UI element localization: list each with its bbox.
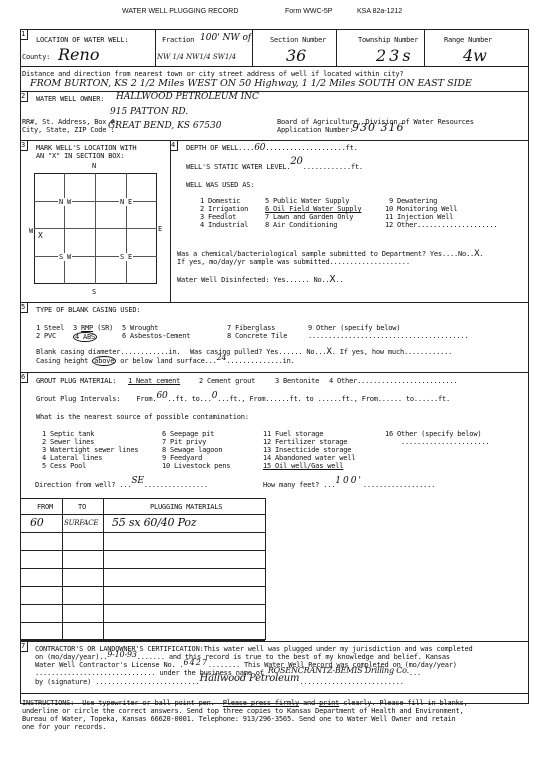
table-cell-to[interactable]: SURFACE: [64, 518, 98, 528]
form-number: Form WWC-5P: [285, 8, 332, 15]
contamination-source-option[interactable]: 2 Sewer lines: [42, 438, 94, 446]
table-cell-from[interactable]: 60: [30, 516, 44, 529]
sample-date-field[interactable]: If yes, mo/day/yr sample was submitted..…: [177, 258, 410, 266]
disinfected-tail: ..: [335, 276, 343, 284]
well-use-option[interactable]: 5 Public Water Supply: [265, 197, 349, 205]
well-location-mark: X: [38, 232, 43, 240]
casing-height-field: Casing height above or below land surfac…: [36, 357, 295, 365]
feet-label: How many feet? ...: [263, 481, 335, 489]
fraction-label: Fraction: [162, 36, 194, 44]
depth-unit: ....................ft.: [265, 144, 357, 152]
other-source-field[interactable]: ......................: [401, 438, 489, 446]
map-west: W: [29, 227, 33, 235]
grout-material-option[interactable]: 3 Bentonite: [275, 377, 319, 385]
contamination-source-option[interactable]: 14 Abandoned water well: [263, 454, 355, 462]
instructions-label: INSTRUCTIONS:: [22, 699, 74, 707]
address-value[interactable]: 915 PATTON RD.: [110, 107, 188, 117]
contamination-source-option[interactable]: 9 Feedyard: [162, 454, 202, 462]
section-number: 6: [20, 372, 28, 383]
city-value[interactable]: GREAT BEND, KS 67530: [108, 121, 221, 131]
city-label: City, State, ZIP Code :: [22, 126, 114, 134]
casing-label: TYPE OF BLANK CASING USED:: [36, 306, 140, 314]
contamination-label: What is the nearest source of possible c…: [36, 413, 249, 421]
contamination-source-option[interactable]: 5 Cess Pool: [42, 462, 86, 470]
depth-field[interactable]: DEPTH OF WELL....60....................f…: [186, 144, 358, 152]
section-number: 2: [20, 91, 28, 102]
well-use-option[interactable]: 8 Air Conditioning: [265, 221, 337, 229]
casing-pulled-field: Was casing pulled? Yes...... No...X. If …: [190, 348, 452, 356]
used-as-label: WELL WAS USED AS:: [186, 181, 254, 189]
section-number-value[interactable]: 36: [286, 46, 306, 65]
contamination-source-option[interactable]: 13 Insecticide storage: [263, 446, 351, 454]
map-nw: N W: [58, 198, 72, 206]
disinfected-label: Water Well Disinfected: Yes...... No..: [177, 276, 330, 284]
instructions-text: and: [303, 699, 315, 707]
table-cell-materials[interactable]: 55 sx 60/40 Poz: [112, 516, 196, 529]
grout-intervals: Grout Plug Intervals: From.60..ft. to...…: [36, 395, 450, 403]
address-label: RR#, St. Address, Box #:: [22, 118, 118, 126]
map-ne: N E: [119, 198, 133, 206]
section-number: 3: [20, 140, 28, 151]
interval-remaining: ...ft., From......ft. to ......ft., From…: [217, 395, 450, 403]
table-header-from: FROM: [37, 503, 53, 511]
casing-type-option[interactable]: 6 Asbestos-Cement: [122, 332, 190, 340]
township-label: Township Number: [358, 36, 418, 44]
fraction-note[interactable]: 100' NW of: [200, 33, 251, 43]
direction-label: Direction from well? ...: [35, 481, 131, 489]
contamination-source-option[interactable]: 16 Other (specify below): [385, 430, 481, 438]
well-use-option[interactable]: 6 Oil Field Water Supply: [265, 205, 361, 213]
casing-height-value[interactable]: 24: [217, 353, 227, 362]
section-number-label: Section Number: [270, 36, 326, 44]
contamination-source-option[interactable]: 10 Livestock pens: [162, 462, 230, 470]
owner-label: WATER WELL OWNER:: [36, 95, 104, 103]
well-use-option[interactable]: 12 Other....................: [385, 221, 497, 229]
owner-value[interactable]: HALLWOOD PETROLEUM INC: [116, 92, 259, 102]
interval-to-value[interactable]: 0: [212, 391, 218, 401]
license-number[interactable]: 6427: [184, 658, 208, 667]
casing-pulled-question: Was casing pulled? Yes...... No...: [190, 348, 327, 356]
well-use-option[interactable]: 11 Injection Well: [385, 213, 453, 221]
static-level-value: 20: [290, 156, 302, 167]
contamination-source-option[interactable]: 12 Fertilizer storage: [263, 438, 347, 446]
grout-material-option[interactable]: 1 Neat cement: [128, 377, 180, 385]
table-header-to: TO: [78, 503, 86, 511]
contamination-source-option[interactable]: 15 Oil well/Gas well: [263, 462, 343, 470]
signature[interactable]: Hallwood Petroleum: [200, 673, 300, 684]
other-casing-field[interactable]: ........................................: [308, 332, 469, 340]
range-label: Range Number: [444, 36, 492, 44]
casing-type-option[interactable]: 7 Fiberglass: [227, 324, 275, 332]
sample-question-text: Was a chemical/bacteriological sample su…: [177, 250, 474, 258]
direction-value[interactable]: SE: [131, 476, 143, 486]
feet-value[interactable]: 100': [335, 476, 363, 486]
certification-line5: by (signature) .........................…: [35, 678, 404, 686]
depth-label: DEPTH OF WELL....: [186, 144, 254, 152]
map-east: E: [158, 225, 162, 233]
casing-pulled-tail: . If yes, how much............: [332, 348, 452, 356]
depth-value: 60: [254, 143, 265, 153]
county-label: County:: [22, 53, 50, 61]
casing-type-option[interactable]: 1 Steel: [36, 324, 64, 332]
casing-type-option[interactable]: 5 Wrought: [122, 324, 158, 332]
section-number: 1: [20, 29, 28, 40]
township-value[interactable]: 23s: [376, 46, 414, 65]
casing-height-label: Casing height: [36, 357, 88, 365]
casing-height-mid: or below land surface...: [120, 357, 216, 365]
static-level-unit: ............ft.: [303, 163, 363, 171]
application-label: Application Number:: [277, 126, 353, 134]
instructions-emphasis: Please press firmly: [223, 699, 299, 707]
distance-label: Distance and direction from nearest town…: [22, 70, 403, 78]
static-level-field[interactable]: WELL'S STATIC WATER LEVEL.20............…: [186, 163, 363, 171]
distance-value[interactable]: FROM BURTON, KS 2 1/2 Miles WEST ON 50 H…: [30, 78, 472, 89]
contamination-source-option[interactable]: 6 Seepage pit: [162, 430, 214, 438]
casing-type-option[interactable]: 3 RMP (SR): [73, 324, 113, 332]
instructions-text: clearly. Please fill in blanks,: [343, 699, 467, 707]
interval-from-value[interactable]: 60: [156, 391, 167, 401]
completion-date[interactable]: 9-10-93: [107, 650, 136, 659]
contamination-source-option[interactable]: 1 Septic tank: [42, 430, 94, 438]
section-number: 4: [170, 140, 178, 151]
signature-label: by (signature) .........................…: [35, 678, 200, 686]
instructions-line4: one for your records.: [22, 723, 106, 731]
map-north: N: [92, 162, 96, 170]
section-number: 5: [20, 302, 28, 313]
feet-tail: ..................: [363, 481, 435, 489]
fraction-value[interactable]: NW 1/4 NW1/4 SW1/4: [157, 53, 236, 61]
map-label-line2: AN "X" IN SECTION BOX:: [36, 152, 124, 160]
disinfected-field: Water Well Disinfected: Yes...... No..X.…: [177, 276, 343, 284]
contamination-source-option[interactable]: 8 Sewage lagoon: [162, 446, 222, 454]
well-use-option[interactable]: 9 Dewatering: [389, 197, 437, 205]
map-se: S E: [119, 253, 133, 261]
instructions-line2: underline or circle the correct answers.…: [22, 707, 464, 715]
contamination-source-option[interactable]: 11 Fuel storage: [263, 430, 323, 438]
certification-line2: on (mo/day/year)..9-10-93....... and thi…: [35, 653, 450, 661]
direction-field: Direction from well? ...SE..............…: [35, 481, 208, 489]
license-label: Water Well Contractor's License No. .: [35, 661, 184, 669]
casing-height-unit: ..............in.: [226, 357, 294, 365]
contamination-source-option[interactable]: 3 Watertight sewer lines: [42, 446, 138, 454]
section-number: 7: [20, 641, 28, 652]
map-label-line1: MARK WELL'S LOCATION WITH: [36, 144, 136, 152]
well-use-option[interactable]: 10 Monitoring Well: [385, 205, 457, 213]
grout-label: GROUT PLUG MATERIAL:: [36, 377, 116, 385]
well-use-option[interactable]: 4 Industrial: [200, 221, 248, 229]
certification-line1: CONTRACTOR'S OR LANDOWNER'S CERTIFICATIO…: [35, 645, 473, 653]
sample-answer[interactable]: X: [474, 249, 479, 259]
well-use-option[interactable]: 3 Feedlot: [200, 213, 236, 221]
instructions-line3: Bureau of Water, Topeka, Kansas 66620-00…: [22, 715, 456, 723]
casing-type-option[interactable]: 4 ABS: [73, 332, 97, 342]
well-use-option[interactable]: 2 Irrigation: [200, 205, 248, 213]
instructions-line1: INSTRUCTIONS: Use typewriter or ball poi…: [22, 699, 468, 707]
interval-to-label: ..ft. to...: [168, 395, 212, 403]
form-title: WATER WELL PLUGGING RECORD: [122, 8, 238, 15]
range-value[interactable]: 4w: [463, 46, 487, 65]
casing-type-option[interactable]: 8 Concrete Tile: [227, 332, 287, 340]
intervals-label: Grout Plug Intervals:: [36, 395, 120, 403]
map-sw: S W: [58, 253, 72, 261]
from-label: From.: [136, 395, 156, 403]
map-south: S: [92, 288, 96, 296]
distance-feet-field: How many feet? ...100'..................: [263, 481, 435, 489]
sample-question: Was a chemical/bacteriological sample su…: [177, 250, 483, 258]
statute-reference: KSA 82a-1212: [357, 8, 402, 15]
location-label: LOCATION OF WATER WELL:: [36, 36, 128, 44]
direction-tail: ................: [144, 481, 208, 489]
contamination-source-option[interactable]: 7 Pit privy: [162, 438, 206, 446]
casing-type-option[interactable]: 9 Other (specify below): [308, 324, 400, 332]
instructions-text: Use typewriter or ball point pen.: [82, 699, 214, 707]
casing-diameter-field[interactable]: Blank casing diameter............in.: [36, 348, 181, 356]
casing-height-above[interactable]: above: [92, 356, 116, 366]
date-label: on (mo/day/year)..: [35, 653, 107, 661]
table-header-materials: PLUGGING MATERIALS: [150, 503, 222, 511]
grout-material-option[interactable]: 2 Cement grout: [199, 377, 255, 385]
well-use-option[interactable]: 1 Domestic: [200, 197, 240, 205]
county-value[interactable]: Reno: [58, 45, 99, 64]
application-number[interactable]: 930 316: [352, 121, 405, 134]
casing-type-option[interactable]: 2 PVC: [36, 332, 56, 340]
instructions-emphasis: print: [319, 699, 339, 707]
static-level-label: WELL'S STATIC WATER LEVEL.: [186, 163, 290, 171]
contamination-source-option[interactable]: 4 Lateral lines: [42, 454, 102, 462]
well-use-option[interactable]: 7 Lawn and Garden Only: [265, 213, 353, 221]
grout-material-option[interactable]: 4 Other.........................: [329, 377, 457, 385]
